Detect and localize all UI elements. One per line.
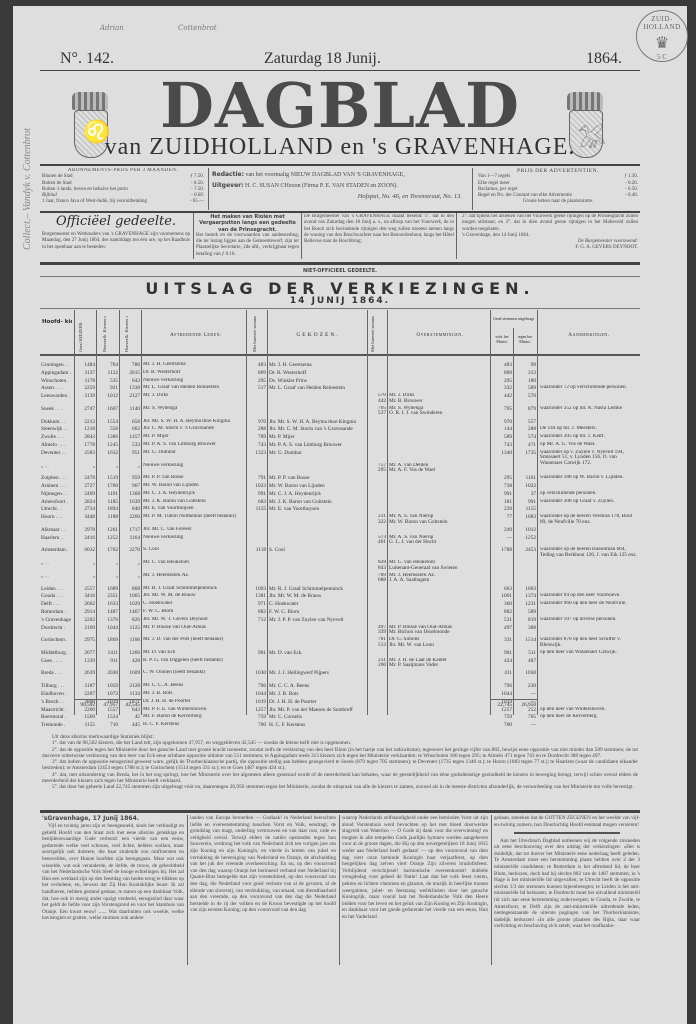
- stemmen1-cell: 700: [247, 722, 266, 728]
- district-cell: Eindhoven .: [41, 691, 74, 697]
- overstemmingen-cell: Mr. J. H. de Laat de KanterMr. P. Saaijm…: [389, 658, 489, 669]
- aanmerkingen-cell: waaronder 107 op diverse personen.: [540, 617, 638, 623]
- opgekomen-cell: 1386: [97, 434, 118, 440]
- voor-cell: 411: [491, 670, 512, 676]
- kiezers-cell: 2727: [75, 483, 95, 489]
- col-getal-stemmen: Getal stemmen uitgebragt: [491, 316, 536, 321]
- gekozen-cell: Mr. P. P. van Bosse: [269, 475, 366, 481]
- crown-icon: [72, 92, 108, 110]
- burgemeester-notice: De Burgemeester van 's GRAVENHAGE maakt …: [304, 214, 454, 260]
- district-cell: Deventer . .: [41, 450, 74, 456]
- table-row: Zutphen . . .24781519959Mr. P. P. van Bo…: [40, 475, 640, 482]
- tegen-cell: 1252: [514, 535, 536, 541]
- aftredend-cell: Dr. B. Westerhoff: [143, 370, 245, 376]
- redactie-label: Redactie:: [212, 171, 244, 178]
- aanmerkingen-cell: waaronder 205 op mr. J. Kalff.: [540, 434, 638, 440]
- kiezers-cell: 2469: [75, 491, 95, 497]
- kiezers-cell: 2478: [75, 475, 95, 481]
- stemmen2-cell: 497339: [368, 625, 386, 636]
- section-rule: [40, 810, 640, 813]
- table-row: Leiden . . .25571689868Mr. R. J. Graaf S…: [40, 586, 640, 593]
- kiezers-cell: 2202: [75, 617, 95, 623]
- district-cell: Almelo . . .: [41, 442, 74, 448]
- table-row: Nijmegen . .246911011368Mr. C. J. A. Hey…: [40, 491, 640, 498]
- handwriting-margin: Collect.– Vandyk v. Cottenbrot: [22, 128, 33, 250]
- overstemmingen-cell: Mr. A. S. van NieropG. L. J. van der Huc…: [389, 535, 489, 546]
- district-cell: 's Gravenhage: [41, 617, 74, 623]
- weggebleven-cell: 1140: [120, 406, 140, 412]
- overstemmingen-cell: Mr. S. WybengaO. R. I. J. van Swinderen: [389, 406, 489, 417]
- handwriting-note-2: Cottenbrot: [178, 24, 217, 32]
- voor-cell: 424: [491, 658, 512, 664]
- gekozen-cell: Dr. J. H. H. de Poorter: [269, 699, 366, 705]
- district-cell: Steenwijk . .: [41, 426, 74, 432]
- district-cell: Middelburg .: [41, 650, 74, 656]
- tegen-cell: 574: [514, 434, 536, 440]
- official-notice: Officiëel gedeelte. Burgemeester en Weth…: [42, 214, 190, 260]
- aftredend-cell: Mr. P. A. S. van Limburg Brouwer: [143, 442, 245, 448]
- section-rule: [40, 211, 640, 213]
- stemmen1-cell: 970: [247, 419, 266, 425]
- voor-cell: 738: [491, 483, 512, 489]
- aftredend-cell: Mr. W. Baron van Lijnden: [143, 483, 245, 489]
- district-cell: Dokkum . .: [41, 419, 74, 425]
- table-row: Gorinchem .297518691106Mr. J. D. van der…: [40, 637, 640, 649]
- aftredend-cell: Mr. G. Dumbar: [143, 450, 245, 456]
- gekozen-cell: Mr. L. Graaf van Heiden Reinestein: [269, 385, 366, 391]
- weggebleven-cell: 1065: [120, 593, 140, 599]
- district-cell: Maastricht .: [41, 707, 74, 713]
- table-row: 's Gravenhage22021376826Jhr. Mr. W. T. G…: [40, 617, 640, 624]
- opgekomen-cell: 1632: [97, 450, 118, 456]
- kiezers-cell: 2975: [75, 637, 95, 643]
- total-kiezers: 90,502: [75, 702, 95, 708]
- table-row: Goes . . . .1339911428B. P. G. van Digge…: [40, 658, 640, 670]
- aftredend-cell: Nieuwe verkiezing: [143, 378, 245, 384]
- results-subtitle: 14 JUNIJ 1864.: [40, 296, 640, 306]
- price-row: 1 Jaar, franco Java of West-Indië, bij v…: [42, 199, 204, 205]
- col-opgekomen: Hoeveelh. Kiezers opgekomen.: [102, 316, 116, 352]
- opgekomen-cell: 1073: [97, 691, 118, 697]
- voor-cell: 442: [491, 393, 512, 399]
- kiezers-cell: 2557: [75, 586, 95, 592]
- opgekomen-cell: 911: [97, 658, 118, 664]
- aftredend-cell: Mr. F. Baron de Kerverberg: [143, 714, 245, 720]
- kiezers-cell: 2662: [75, 601, 95, 607]
- aftredend-cell: Mr. C. J. A. Heydenrijck: [143, 491, 245, 497]
- gekozen-cell: Mr. P. Mijer: [269, 434, 366, 440]
- stemmen2-cell: 705537: [368, 406, 386, 417]
- overstemmingen-cell: Mr. J. Heemskerk Az.J. A. A. Saathagem: [389, 573, 489, 584]
- stemmen1-cell: 683: [247, 499, 266, 505]
- header-rule: [40, 354, 640, 356]
- statistics-point: 5°. dat door het geheele Land 22,745 ste…: [42, 784, 638, 790]
- stemmen2-cell: 573461: [368, 535, 386, 546]
- divider: [208, 168, 209, 210]
- weggebleven-cell: 2015: [120, 370, 140, 376]
- crown-icon: [567, 92, 603, 110]
- kiezers-cell: 2169: [75, 625, 95, 631]
- election-results-table: Hoofd- kies- district. Getal KIEZERS. Ho…: [40, 310, 640, 740]
- overstemmingen-cell: Mr. J. DirksMr. B. Brouwer: [389, 393, 489, 404]
- weggebleven-cell: 826: [120, 617, 140, 623]
- aanmerkingen-cell: waaronder 308 op Graaf v. Zuylen.: [540, 499, 638, 505]
- stemmen1-cell: 1023: [247, 483, 266, 489]
- tegen-cell: 1231: [514, 601, 536, 607]
- divider: [472, 168, 473, 210]
- voor-cell: 663: [491, 586, 512, 592]
- gekozen-cell: Mr. J. K. Baron van Goltstein: [269, 499, 366, 505]
- kiezers-cell: 2734: [75, 506, 95, 512]
- stemmen2-cell: 781513: [368, 637, 386, 648]
- weggebleven-cell: 658: [120, 419, 140, 425]
- stemmen1-cell: 1030: [247, 670, 266, 676]
- weggebleven-cell: 428: [120, 658, 140, 664]
- table-row: Assen . . .22599211338Mr. L. Graaf van H…: [40, 385, 640, 392]
- kiezers-cell: 3448: [75, 514, 95, 520]
- gekozen-cell: Mr. J. H. Geertsema: [269, 362, 366, 368]
- riolen-title: Het maken van Riolen met Vergaarputten l…: [196, 214, 299, 233]
- opgekomen-cell: 1633: [97, 601, 118, 607]
- opgekomen-cell: 1185: [97, 499, 118, 505]
- opgekomen-cell: 921: [97, 385, 118, 391]
- district-cell: Breda . . .: [41, 670, 74, 676]
- kiezers-cell: 2259: [75, 385, 95, 391]
- burgemeester-notice-cont: 2°. dat tijdens het afsteken van het Vuu…: [462, 214, 638, 260]
- stemmen2-cell: 231322: [368, 514, 386, 525]
- opgekomen-cell: 1101: [97, 491, 118, 497]
- table-row: „ . .„„„Mr. J. Heemskerk Az.789688Mr. J.…: [40, 573, 640, 585]
- opgekomen-cell: 704: [97, 362, 118, 368]
- table-row: Gouda . . .341623511065Jhr. Mr. W. M. de…: [40, 593, 640, 600]
- opgekomen-cell: „: [97, 573, 118, 579]
- opgekomen-cell: 1261: [97, 527, 118, 533]
- stemmen1-cell: 796: [247, 683, 266, 689]
- subscription-prices: ABONNEMENTS-PRIJS PER 3 MAANDEN. Binnen …: [42, 168, 204, 212]
- aftredend-cell: Mr. L. Graaf van Heiden Reinestein: [143, 385, 245, 391]
- voor-cell: 295: [491, 475, 512, 481]
- weggebleven-cell: 959: [120, 475, 140, 481]
- district-cell: Zwolle . . .: [41, 434, 74, 440]
- kiezers-cell: „: [75, 560, 95, 566]
- weggebleven-cell: „: [120, 573, 140, 579]
- totals-rule: [490, 699, 537, 700]
- tegen-cell: 230: [514, 683, 536, 689]
- tegen-cell: 487: [514, 658, 536, 664]
- opgekomen-cell: 2351: [97, 593, 118, 599]
- opgekomen-cell: 1411: [97, 650, 118, 656]
- col-aftredend: Aftredende Leden.: [146, 332, 246, 338]
- stemmen1-cell: 1019: [247, 699, 266, 705]
- weggebleven-cell: 780: [120, 362, 140, 368]
- district-cell: Appingadam .: [41, 370, 74, 376]
- aftredend-cell: Mr. J. Dirks: [143, 393, 245, 399]
- table-row: Zwolle . . .284313861457Mr. P. Mijer789M…: [40, 434, 640, 441]
- weggebleven-cell: 1338: [120, 385, 140, 391]
- aanmerkingen-cell: waaronder 352 op mr. A. Nasta Lemke: [540, 406, 638, 412]
- gekozen-cell: F. W. C. Blom: [269, 609, 366, 615]
- weggebleven-cell: 1717: [120, 527, 140, 533]
- col-stemmen2: Met hoeveel stemmen.: [370, 316, 384, 352]
- statistics-point: 4°. dat, met uitzondering van Breda, het…: [42, 772, 638, 785]
- stemmen1-cell: 1118: [247, 547, 266, 553]
- article-column-4: gedaan, smeeken dat de GOTTEN ZEGENEN en…: [494, 815, 640, 965]
- table-row: Groningen . .1484704780Mr. J. H. Geertse…: [40, 362, 640, 369]
- stemmen1-cell: 1257: [247, 707, 266, 713]
- article-column-3: waarop Nederlands zelfstandigheid onder …: [342, 815, 488, 965]
- crown-icon: ♛: [637, 33, 687, 53]
- stamp-text: ZUID-HOLLAND: [637, 15, 687, 31]
- burgemeester-text2: 2°. dat tijdens het afsteken van het Vuu…: [462, 214, 638, 233]
- table-row: Almelo . . .17781245533Mr. P. A. S. van …: [40, 442, 640, 449]
- district-cell: Roermond .: [41, 714, 74, 720]
- opgekomen-cell: 535: [97, 378, 118, 384]
- section-label: NIET-OFFICIEEL GEDEELTE.: [40, 268, 640, 274]
- official-text: Burgemeester en Wethouders van 's GRAVEN…: [42, 232, 190, 251]
- weggebleven-cell: 662: [120, 426, 140, 432]
- aftredend-cell: Mr. P. P. van Bosse: [143, 475, 245, 481]
- kiezers-cell: 3187: [75, 683, 95, 689]
- overstemmingen-cell: Mr. A. van DeldenMr. A. F. Vos de Wael: [389, 463, 489, 474]
- stemmen1-cell: 789: [247, 434, 266, 440]
- overstemmingen-cell: Mr. P. Blussé van Oud-AlblasMr. Bichon v…: [389, 625, 489, 636]
- table-row: Sneek . . .274716071140Mr. S. Wybenga705…: [40, 406, 640, 418]
- aftredend-cell: Mr. J. D. van der Poel (heeft bedankt): [143, 637, 245, 643]
- aftredend-cell: Dr. J. H. H. de Poorter: [143, 699, 245, 705]
- gekozen-cell: Jhr. Mr. C. M. Storm van 's Gravesande: [269, 426, 366, 432]
- opgekomen-cell: 1059: [97, 683, 118, 689]
- aanmerkingen-cell: waaronder op de heeren Hasselman 664, Te…: [540, 547, 638, 558]
- kiezers-cell: 1484: [75, 362, 95, 368]
- voor-cell: 249: [491, 527, 512, 533]
- voor-cell: 759: [491, 714, 512, 720]
- aftredend-cell: Mr. P. F. E. van Wintershoven: [143, 707, 245, 713]
- aanmerkingen-cell: waaronder 188 op W. Baron v. Lijnden.: [540, 475, 638, 481]
- district-cell: Leiden . . .: [41, 586, 74, 592]
- weggebleven-cell: 1609: [120, 670, 140, 676]
- article-text: Vijf en twintig jaren zijn er heengesnel…: [42, 823, 184, 922]
- advert-note: Groote letters naar de plaatsruimte.: [478, 199, 638, 205]
- district-cell: Zutphen . . .: [41, 475, 74, 481]
- kiezers-cell: 2583: [75, 450, 95, 456]
- tegen-cell: 388: [514, 625, 536, 631]
- gekozen-cell: Mr. J. B. Bots: [269, 691, 366, 697]
- voor-cell: 991: [491, 491, 512, 497]
- stemmen1-cell: 1323: [247, 450, 266, 456]
- article-text: gedaan, smeeken dat de GOTTEN ZEGENEN en…: [494, 815, 640, 828]
- aanmerkingen-cell: De 144 op mr. J. Meesters.: [540, 426, 638, 432]
- table-row: Tremonde .1155710445H. C. F. Kersteus700…: [40, 722, 640, 729]
- opgekomen-cell: „: [97, 463, 118, 469]
- voor-cell: 77: [491, 514, 512, 520]
- district-cell: Assen . . .: [41, 385, 74, 391]
- kiezers-cell: 1339: [75, 658, 95, 664]
- kiezers-cell: 2416: [75, 535, 95, 541]
- voor-cell: 901: [491, 650, 512, 656]
- aftredend-cell: H. C. F. Kersteus: [143, 722, 245, 728]
- table-row: Hoorn . . .344811882260Mr. P. M. Tutein …: [40, 514, 640, 526]
- tegen-cell: 1161: [514, 475, 536, 481]
- tegen-cell: 765: [514, 714, 536, 720]
- district-cell: Rotterdam .: [41, 609, 74, 615]
- overstemmingen-cell: Mr. C. van HeukelomLuitenant-Generaal va…: [389, 560, 489, 571]
- gekozen-cell: Dr. B. Westerhoff: [269, 370, 366, 376]
- tegen-cell: 288: [514, 426, 536, 432]
- kiezers-cell: 1569: [75, 714, 95, 720]
- advert-prices: PRIJS DER ADVERTENTIËN. Van 1—7 regelsƒ …: [478, 168, 638, 212]
- opgekomen-cell: 1762: [97, 547, 118, 553]
- kiezers-cell: 2914: [75, 609, 95, 615]
- official-heading: Officiëel gedeelte.: [42, 214, 190, 229]
- tegen-cell: 37: [514, 491, 536, 497]
- col-voor: vóór het Minist.: [491, 334, 513, 344]
- weggebleven-cell: 533: [120, 442, 140, 448]
- weggebleven-cell: 1106: [120, 637, 140, 643]
- weggebleven-cell: 1029: [120, 601, 140, 607]
- article-column-2: landen van Europa beroerden — Godlaak! i…: [190, 815, 336, 965]
- voor-cell: 743: [491, 442, 512, 448]
- uitgever-text: H. C. SUSAN CHzoon (Firma P. E. VAN STAD…: [245, 183, 398, 189]
- stemmen2-cell: 757295: [368, 463, 386, 474]
- district-cell: Tilburg . . .: [41, 683, 74, 689]
- stemmen1-cell: 791: [247, 475, 266, 481]
- rule: [40, 276, 640, 277]
- stemmen1-cell: 517: [247, 385, 266, 391]
- stemmen1-cell: 901: [247, 650, 266, 656]
- stemmen2-cell: 828843: [368, 560, 386, 571]
- gekozen-cell: Jhr. Mr. S. W. H. A. Beyma thoe Kingma: [269, 419, 366, 425]
- voor-cell: 332: [491, 385, 512, 391]
- stemmen2-cell: 789688: [368, 573, 386, 584]
- aftredend-cell: Mr. D. van Eck: [143, 650, 245, 656]
- weggebleven-cell: 2270: [120, 547, 140, 553]
- voor-cell: 1044: [491, 691, 512, 697]
- kiezers-cell: 2677: [75, 650, 95, 656]
- col-aanmerkingen: Aanmerkingen.: [540, 332, 638, 338]
- gekozen-cell: Mr. C. J. A. Heydenrijck: [269, 491, 366, 497]
- voor-cell: 700: [491, 722, 512, 728]
- editorial-info: Redactie: van het voormalig NIEUW DAGBLA…: [212, 170, 462, 210]
- aftredend-cell: S. Cool: [143, 547, 245, 553]
- kiezers-cell: 3416: [75, 593, 95, 599]
- table-row: Breda . . .263920301609C. W. Oomen (heef…: [40, 670, 640, 682]
- gekozen-cell: Mr. G. Dumbar: [269, 450, 366, 456]
- aanmerkingen-cell: waaronder 960 op den heer de Neufville.: [540, 601, 638, 607]
- voor-cell: 589: [491, 434, 512, 440]
- opgekomen-cell: 1689: [97, 586, 118, 592]
- table-row: Leeuwarden .313910122127Mr. J. Dirks5704…: [40, 393, 640, 405]
- total-weggebleven: 42,545: [120, 702, 140, 708]
- district-cell: Amersfoort .: [41, 499, 74, 505]
- table-row: Tilburg . . .318710592128Mr. C. C. A. Be…: [40, 683, 640, 690]
- aftredend-cell: F. W. C. Blom: [143, 609, 245, 615]
- kiezers-cell: 3139: [75, 393, 95, 399]
- redactie-text: van het voormalig NIEUW DAGBLAD VAN 'S G…: [245, 172, 404, 178]
- aanmerkingen-cell: waaronder 870 op den heer Schiffer v. Bl…: [540, 637, 638, 648]
- tegen-cell: 99: [514, 362, 536, 368]
- weggebleven-cell: 1639: [120, 499, 140, 505]
- aftredend-cell: Jhr. Mr. C. van Foreest: [143, 527, 245, 533]
- aftredend-cell: Mr. R. J. Graaf Schimmelpenninck: [143, 586, 245, 592]
- article-heading: 'sGravenhage, 17 Junij 1864.: [42, 815, 184, 823]
- gekozen-cell: Ds. Winkler Prins: [269, 378, 366, 384]
- table-row: Utrecht . .27341894840Mr. E. van Voorthu…: [40, 506, 640, 513]
- kiezers-cell: 2824: [75, 499, 95, 505]
- total-opgekomen: 47,957: [97, 702, 118, 708]
- aanmerkingen-cell: op den heer van Wintershoven.: [540, 707, 638, 713]
- aftredend-cell: Mr. J. Heemskerk Az.: [143, 573, 245, 579]
- tegen-cell: 570: [514, 393, 536, 399]
- district-cell: Sneek . . .: [41, 406, 74, 412]
- weggebleven-cell: 951: [120, 450, 140, 456]
- tegen-cell: 1083: [514, 514, 536, 520]
- divider: [339, 815, 340, 965]
- district-cell: Dordrecht .: [41, 625, 74, 631]
- opgekomen-cell: 1012: [97, 393, 118, 399]
- voor-cell: 239: [491, 506, 512, 512]
- tegen-cell: 1735: [514, 450, 536, 456]
- district-cell: „ . .: [41, 560, 74, 566]
- district-cell: Gouda . . .: [41, 593, 74, 599]
- table-row: Steenwijk . .1218556662Jhr. C. M. Storm …: [40, 426, 640, 433]
- aftredend-cell: Mr. S. Wybenga: [143, 406, 245, 412]
- opgekomen-cell: 1188: [97, 514, 118, 520]
- gekozen-cell: S. Cool: [269, 547, 366, 553]
- aanmerkingen-cell: waaronder op de heeren Vereniss 178, Bou…: [540, 514, 638, 525]
- district-cell: „ . .: [41, 463, 74, 469]
- weggebleven-cell: 1125: [120, 625, 140, 631]
- opgekomen-cell: 556: [97, 426, 118, 432]
- gekozen-cell: Jhr. Mr. W. M. de Brauw: [269, 593, 366, 599]
- gekozen-cell: H. C. F. Kersteus: [269, 722, 366, 728]
- aftredend-cell: Mr. E. van Voorthuijsen: [143, 506, 245, 512]
- stemmen1-cell: 1003: [247, 586, 266, 592]
- voor-cell: 1001: [491, 593, 512, 599]
- tegen-cell: 879: [514, 406, 536, 412]
- table-row: Deventer . .25831632951Mr. G. Dumbar1323…: [40, 450, 640, 462]
- statistics-point: 2°. dat de oppositie tegen het Ministeri…: [42, 747, 638, 760]
- kiezers-cell: 1778: [75, 442, 95, 448]
- stemmen1-cell: 295: [247, 378, 266, 384]
- tegen-cell: 2453: [514, 547, 536, 553]
- weggebleven-cell: 1134: [120, 691, 140, 697]
- voor-cell: 483: [491, 362, 512, 368]
- gekozen-cell: Mr. P. A. S. van Limburg Brouwer: [269, 442, 366, 448]
- aanmerkingen-cell: waaronder 94 op den heer Voorhoeve.: [540, 593, 638, 599]
- aanmerkingen-cell: op Mr. A. G. Vos de Wael.: [540, 442, 638, 448]
- tegen-cell: 511: [514, 650, 536, 656]
- statistics-section: Uit deze allezins merkwaardige Statistie…: [42, 734, 638, 791]
- voor-cell: 1340: [491, 450, 512, 456]
- weggebleven-cell: „: [120, 463, 140, 469]
- ornament-divider: [514, 832, 620, 834]
- opgekomen-cell: 1519: [97, 475, 118, 481]
- aftredend-cell: Mr. J. K. Baron van Goltstein: [143, 499, 245, 505]
- section-rule: [40, 262, 640, 265]
- total-tegen: 26,950: [514, 702, 536, 708]
- weggebleven-cell: 45: [120, 714, 140, 720]
- kiezers-cell: 1178: [75, 378, 95, 384]
- stemmen1-cell: 971: [247, 601, 266, 607]
- table-row: Dordrecht .216910441125Mr. P. Blussé van…: [40, 625, 640, 637]
- tegen-cell: —: [514, 722, 536, 728]
- burgemeester-text: De Burgemeester van 's GRAVENHAGE maakt …: [304, 214, 454, 245]
- table-row: Roermond .1569152445Mr. F. Baron de Kerv…: [40, 714, 640, 721]
- voor-cell: —: [491, 535, 512, 541]
- voor-cell: 970: [491, 419, 512, 425]
- voor-cell: 181: [491, 499, 512, 505]
- total-voor: 22,745: [491, 702, 512, 708]
